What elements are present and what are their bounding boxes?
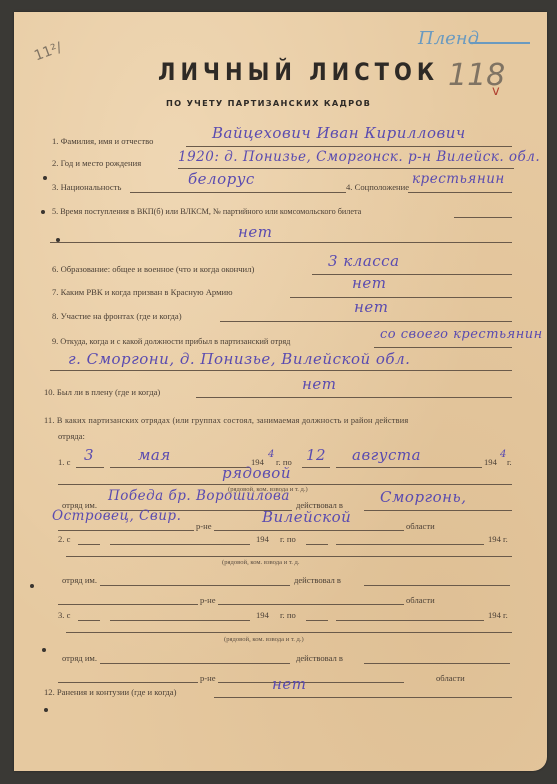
entry-1-from-day[interactable]: 3 — [84, 446, 94, 464]
field-9-label: 9. Откуда, когда и с какой должности при… — [52, 337, 290, 346]
entry-1-from-day-line — [76, 467, 104, 468]
field-3-value[interactable]: белорус — [188, 170, 255, 188]
entry-2-year-prefix: 194 — [256, 534, 269, 544]
entry-3-position-line — [66, 632, 512, 633]
entry-3-g-po: г. по — [280, 610, 296, 620]
field-7-underline — [290, 297, 512, 298]
field-5-underline-a — [454, 217, 512, 218]
entry-2-position-hint: (рядовой, ком. взвода и т. д. — [222, 559, 300, 566]
field-8-underline — [220, 321, 512, 322]
entry-1-oblast-label: области — [406, 521, 435, 531]
entry-3-otryad-line — [100, 663, 290, 664]
field-8-label: 8. Участие на фронтах (где и когда) — [52, 311, 182, 321]
entry-2-deistvoval-line — [364, 585, 510, 586]
pin-mark — [43, 176, 47, 180]
field-5-underline-b — [50, 242, 512, 243]
entry-1-from-year-digit[interactable]: 4 — [268, 449, 275, 460]
entry-1-rayon-value[interactable]: Островец, Свир. — [52, 508, 181, 524]
entry-3-rayon-line — [58, 682, 198, 683]
pin-mark — [44, 708, 48, 712]
entry-1-otryad-value[interactable]: Победа бр. Ворошилова — [108, 488, 290, 504]
entry-1-to-day[interactable]: 12 — [306, 446, 326, 464]
blue-ink-annotation: Пленд — [418, 28, 479, 49]
entry-3-g-end: 194 г. — [488, 610, 508, 620]
entry-3-rayon-label: р-не — [200, 673, 216, 683]
entry-1-num: 1. с — [58, 457, 70, 467]
field-12-underline — [214, 697, 512, 698]
field-9-underline-b — [50, 370, 512, 371]
entry-1-rayon-line — [58, 530, 194, 531]
entry-3-to-day-line — [306, 620, 328, 621]
entry-1-deistvoval-line — [364, 510, 512, 511]
entry-1-g-end: г. — [507, 457, 512, 467]
entry-1-position-line — [58, 484, 512, 485]
entry-1-to-year-prefix: 194 — [484, 457, 497, 467]
entry-1-to-day-line — [302, 467, 330, 468]
entry-2-position-line — [66, 556, 512, 557]
field-2-value[interactable]: 1920: д. Понизье, Сморгонск. р-н Вилейск… — [178, 149, 540, 165]
field-1-value[interactable]: Вайцехович Иван Кириллович — [212, 124, 466, 142]
entry-1-to-month[interactable]: августа — [352, 446, 421, 464]
entry-1-rayon-label: р-не — [196, 521, 212, 531]
field-6-label: 6. Образование: общее и военное (что и к… — [52, 264, 254, 274]
field-6-value[interactable]: 3 класса — [328, 252, 400, 270]
page-subtitle: ПО УЧЕТУ ПАРТИЗАНСКИХ КАДРОВ — [166, 98, 371, 108]
entry-2-to-month-line — [336, 544, 484, 545]
field-4-label: 4. Соцположение — [346, 182, 409, 192]
field-4-value[interactable]: крестьянин — [412, 171, 505, 187]
field-10-value[interactable]: нет — [302, 375, 336, 393]
entry-3-num: 3. с — [58, 610, 70, 620]
entry-3-from-day-line — [78, 620, 100, 621]
field-5-label: 5. Время поступления в ВКП(б) или ВЛКСМ,… — [52, 207, 361, 216]
entry-3-deistvoval-label: действовал в — [296, 653, 343, 663]
field-5-value[interactable]: нет — [238, 223, 272, 241]
pin-mark — [30, 584, 34, 588]
field-9-value-line1[interactable]: со своего крестьянин — [380, 327, 543, 342]
pin-mark — [56, 238, 60, 242]
pin-mark — [41, 210, 45, 214]
red-check-mark: v — [492, 84, 500, 99]
entry-3-otryad-label: отряд им. — [62, 653, 97, 663]
entry-3-to-month-line — [336, 620, 484, 621]
entry-2-oblast-line — [218, 604, 404, 605]
field-1-label: 1. Фамилия, имя и отчество — [52, 136, 153, 146]
page-title: ЛИЧНЫЙ ЛИСТОК — [158, 58, 439, 86]
entry-3-from-month-line — [110, 620, 250, 621]
entry-2-otryad-line — [100, 585, 290, 586]
field-8-value[interactable]: нет — [354, 298, 388, 316]
entry-2-rayon-line — [58, 604, 198, 605]
entry-2-g-po: г. по — [280, 534, 296, 544]
field-4-underline — [408, 192, 512, 193]
blue-strike-line — [470, 42, 530, 44]
field-7-value[interactable]: нет — [352, 274, 386, 292]
field-2-underline — [178, 168, 514, 169]
entry-3-deistvoval-line — [364, 663, 510, 664]
entry-1-to-month-line — [336, 467, 482, 468]
entry-3-year-prefix: 194 — [256, 610, 269, 620]
entry-1-oblast-line — [214, 530, 404, 531]
field-10-label: 10. Был ли в плену (где и когда) — [44, 387, 160, 397]
field-3-underline — [130, 192, 346, 193]
field-6-underline — [312, 274, 512, 275]
field-11-label-cont: отряда: — [58, 431, 85, 441]
entry-1-deistvoval-value[interactable]: Сморгонь, — [380, 488, 466, 506]
entry-2-num: 2. с — [58, 534, 70, 544]
field-12-value[interactable]: нет — [272, 675, 306, 693]
field-2-label: 2. Год и место рождения — [52, 158, 141, 168]
entry-2-from-month-line — [110, 544, 250, 545]
entry-1-from-month[interactable]: мая — [138, 446, 171, 464]
entry-3-position-hint: (рядовой, ком. взвода и т. д.) — [224, 636, 304, 643]
pin-mark — [42, 648, 46, 652]
field-10-underline — [196, 397, 512, 398]
entry-2-otryad-label: отряд им. — [62, 575, 97, 585]
field-9-underline-a — [374, 347, 512, 348]
field-1-underline — [186, 146, 512, 147]
field-11-label: 11. В каких партизанских отрядах (или гр… — [44, 416, 408, 425]
field-9-value-line2[interactable]: г. Сморгони, д. Понизье, Вилейской обл. — [68, 350, 410, 368]
field-12-label: 12. Ранения и контузии (где и когда) — [44, 687, 176, 697]
entry-2-g-end: 194 г. — [488, 534, 508, 544]
entry-1-oblast-value[interactable]: Вилейской — [262, 508, 351, 526]
entry-3-oblast-line — [218, 682, 404, 683]
entry-2-deistvoval-label: действовал в — [294, 575, 341, 585]
entry-2-to-day-line — [306, 544, 328, 545]
entry-1-position[interactable]: рядовой — [222, 464, 291, 482]
entry-2-from-day-line — [78, 544, 100, 545]
entry-3-oblast-label: области — [436, 673, 465, 683]
entry-2-oblast-label: области — [406, 595, 435, 605]
entry-1-to-year-digit[interactable]: 4 — [500, 449, 507, 460]
field-3-label: 3. Национальность — [52, 182, 121, 192]
field-7-label: 7. Каким РВК и когда призван в Красную А… — [52, 287, 233, 297]
entry-2-rayon-label: р-не — [200, 595, 216, 605]
